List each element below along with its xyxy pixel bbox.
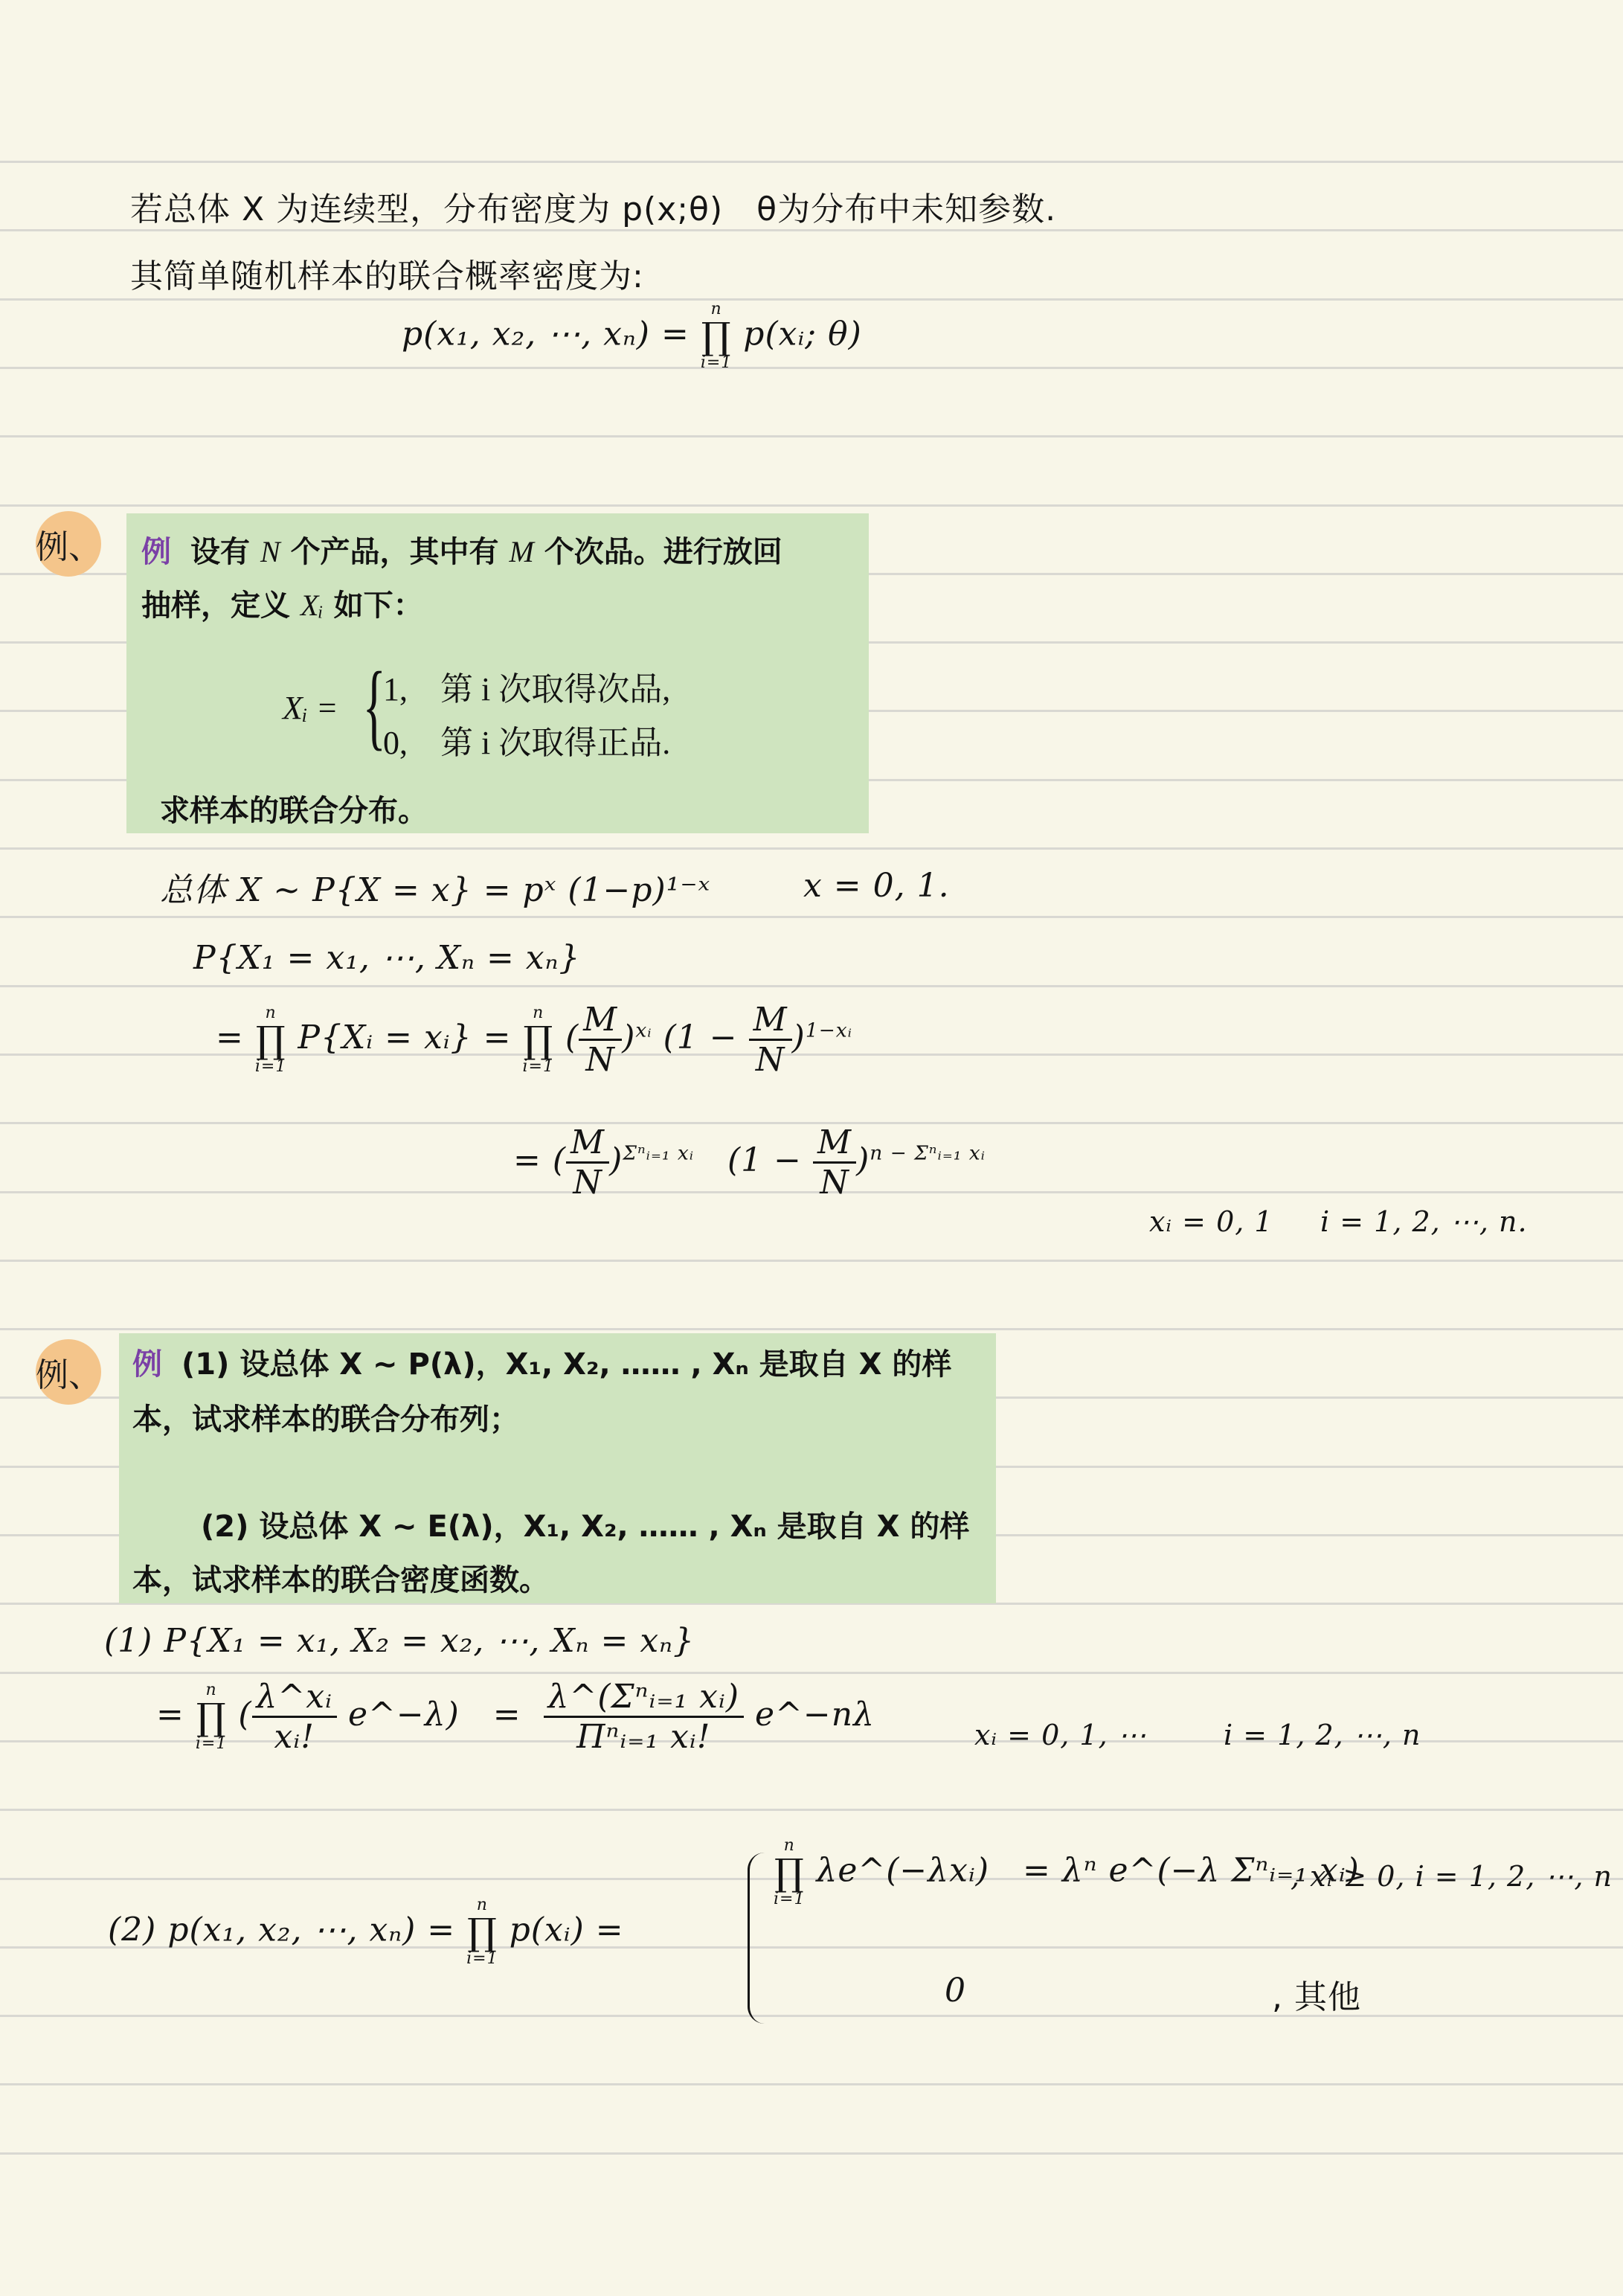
- example-2-part-1-line-2: 本，试求样本的联合分布列；: [132, 1396, 519, 1438]
- formula-lhs: p(x₁, x₂, ⋯, xₙ) =: [402, 315, 690, 353]
- ruled-line: [0, 2015, 1623, 2017]
- example-badge-icon: 例、: [36, 1339, 101, 1405]
- ruled-line: [0, 504, 1623, 507]
- intro-line-2: 其简单随机样本的联合概率密度为:: [130, 249, 644, 297]
- solution-2-case-1-condition: , xᵢ ≥ 0, i = 1, 2, ⋯, n: [1291, 1860, 1613, 1893]
- ruled-line: [0, 1328, 1623, 1330]
- ruled-line: [0, 2083, 1623, 2085]
- solution-1-domain-xi: xᵢ = 0, 1: [1149, 1205, 1273, 1238]
- ruled-line: [0, 1672, 1623, 1674]
- ruled-line: [0, 2152, 1623, 2155]
- solution-2-domain-i: i = 1, 2, ⋯, n: [1224, 1719, 1421, 1751]
- fraction-m-over-n: MN: [579, 1001, 622, 1079]
- example-2-part-1-line-1: 例(1) 设总体 X ~ P(λ)，X₁, X₂, …… , Xₙ 是取自 X …: [132, 1341, 951, 1383]
- example-2-box: 例(1) 设总体 X ~ P(λ)，X₁, X₂, …… , Xₙ 是取自 X …: [119, 1333, 996, 1603]
- solution-2-part-2-lhs: (2) p(x₁, x₂, ⋯, xₙ) = n∏i=1 p(xᵢ) =: [108, 1897, 624, 1967]
- solution-1-line-2: P{X₁ = x₁, ⋯, Xₙ = xₙ}: [193, 939, 580, 977]
- example-1-box: 例设有 N 个产品，其中有 M 个次品。进行放回 抽样，定义 Xᵢ 如下： Xᵢ…: [126, 513, 869, 833]
- example-tag: 例: [141, 535, 171, 569]
- example-1-question: 求样本的联合分布。: [160, 787, 428, 830]
- solution-1-line-4: = (MN)Σⁿᵢ₌₁ xᵢ (1 − MN)n − Σⁿᵢ₌₁ xᵢ: [513, 1123, 986, 1202]
- solution-1-domain-x: x = 0, 1.: [803, 867, 950, 905]
- ruled-line: [0, 916, 1623, 918]
- ruled-line: [0, 1809, 1623, 1811]
- solution-2-part-1-line-1: (1) P{X₁ = x₁, X₂ = x₂, ⋯, Xₙ = xₙ}: [104, 1622, 695, 1660]
- formula-rhs: p(xᵢ; θ): [743, 315, 861, 353]
- product-symbol: n ∏ i=1: [701, 301, 732, 371]
- solution-2-case-1: n∏i=1 λe^(−λxᵢ) = λⁿ e^(−λ Σⁿᵢ₌₁ xᵢ): [774, 1838, 1360, 1908]
- intro-formula: p(x₁, x₂, ⋯, xₙ) = n ∏ i=1 p(xᵢ; θ): [402, 301, 862, 371]
- solution-1-domain-i: i = 1, 2, ⋯, n.: [1320, 1205, 1528, 1238]
- solution-1-line-3: = n∏i=1 P{Xᵢ = xᵢ} = n∏i=1 (MN)xᵢ (1 − M…: [216, 1001, 852, 1079]
- intro-line-1: 若总体 X 为连续型，分布密度为 p(x;θ) θ为分布中未知参数.: [130, 182, 1056, 230]
- solution-2-case-2-condition: , 其他: [1272, 1970, 1361, 2018]
- ruled-line: [0, 985, 1623, 987]
- ruled-line: [0, 1260, 1623, 1262]
- solution-1-line-1: 总体 X ~ P{X = x} = pˣ (1−p)¹⁻ˣ: [160, 863, 710, 911]
- solution-2-part-1-line-2: = n∏i=1 (λ^xᵢxᵢ! e^−λ) = λ^(Σⁿᵢ₌₁ xᵢ)Πⁿᵢ…: [156, 1678, 875, 1756]
- ruled-line: [0, 435, 1623, 437]
- ruled-line: [0, 298, 1623, 301]
- example-2-part-2-line-1: (2) 设总体 X ~ E(λ)，X₁, X₂, …… , Xₙ 是取自 X 的…: [201, 1503, 969, 1545]
- example-1-line-1: 例设有 N 个产品，其中有 M 个次品。进行放回: [141, 528, 782, 571]
- solution-2-domain-xi: xᵢ = 0, 1, ⋯: [974, 1719, 1147, 1751]
- example-1-line-2: 抽样，定义 Xᵢ 如下：: [141, 582, 423, 624]
- ruled-line: [0, 847, 1623, 850]
- ruled-line: [0, 161, 1623, 163]
- example-2-part-2-line-2: 本，试求样本的联合密度函数。: [132, 1556, 549, 1599]
- example-badge-icon: 例、: [36, 511, 101, 577]
- example-tag: 例: [132, 1347, 162, 1382]
- piecewise-brace: [748, 1853, 765, 2024]
- solution-2-case-2: 0: [945, 1972, 966, 2010]
